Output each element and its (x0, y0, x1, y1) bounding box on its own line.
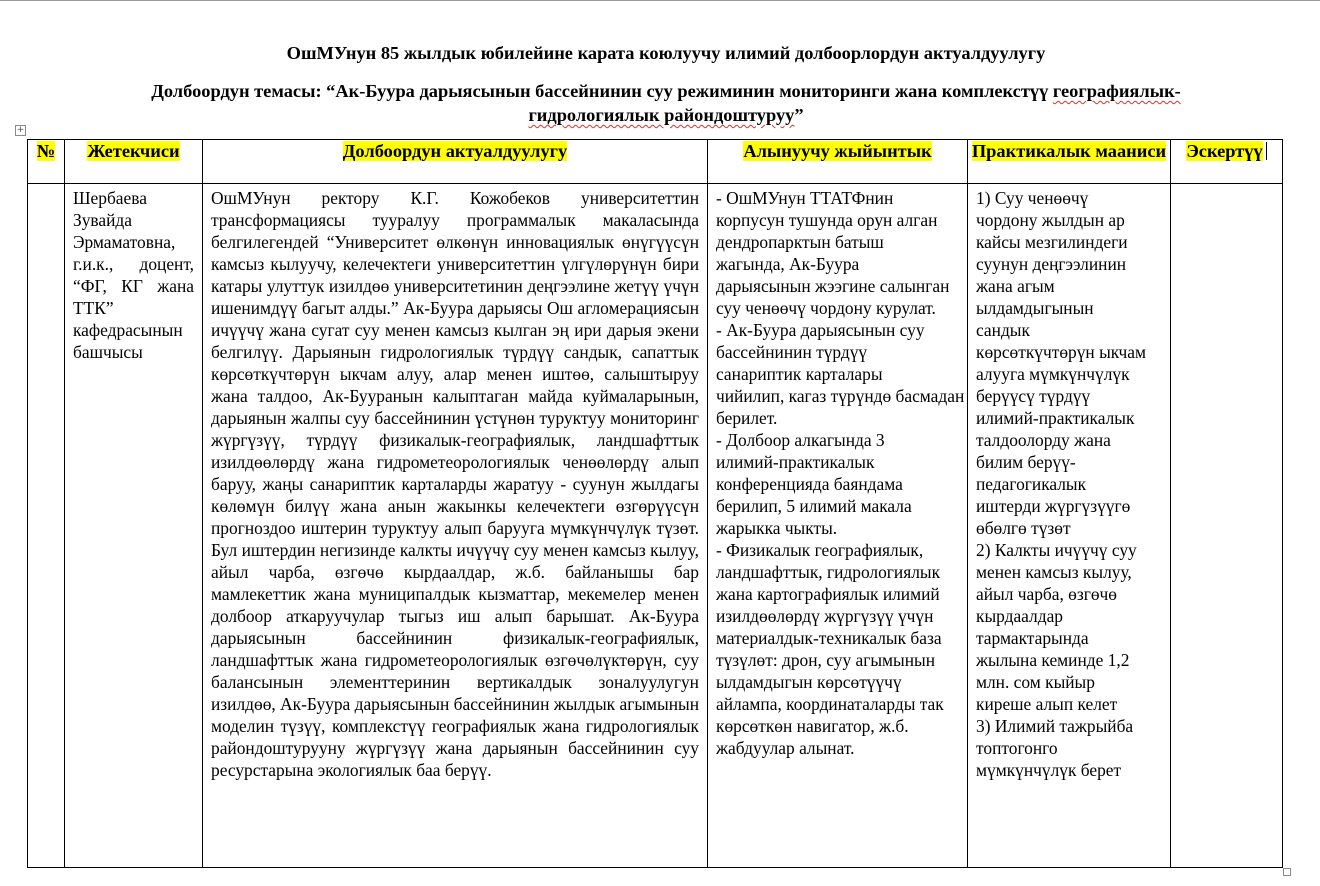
practical-line: суунун деңгээлинин (976, 253, 1170, 275)
cell-relevance[interactable]: ОшМУнун ректору К.Г. Кожобеков университ… (203, 184, 708, 868)
practical-line: 1) Суу ченөөчү (976, 187, 1170, 209)
results-line: жарыкка чыкты. (716, 517, 967, 539)
results-line: берилет. (716, 407, 967, 429)
project-topic: Долбоордун темасы: “Ак-Буура дарыясынын … (118, 79, 1214, 127)
practical-line: берүүсү түрдүү (976, 385, 1170, 407)
results-line: айлампа, координаталарды так (716, 693, 967, 715)
results-line: жабдуулар алынат. (716, 737, 967, 759)
practical-line: иштерди жүргүзүүгө (976, 495, 1170, 517)
practical-list: 1) Суу ченөөчүчордону жылдын аркайсы мез… (976, 187, 1170, 781)
practical-line: педагогикалык (976, 473, 1170, 495)
results-line: - Долбоор алкагында 3 (716, 429, 967, 451)
results-line: санариптик карталары (716, 363, 967, 385)
results-line: чийилип, кагаз түрүндө басмадан (716, 385, 967, 407)
results-line: - Ак-Буура дарыясынын суу (716, 319, 967, 341)
topic-spellcheck-word-2[interactable]: гидрологиялык райондоштуруу (528, 105, 794, 125)
results-line: илимий-практикалык (716, 451, 967, 473)
results-line: жагында, Ак-Буура (716, 253, 967, 275)
results-list: - ОшМУнун ТТАТФнинкорпусун тушунда орун … (716, 187, 967, 759)
results-line: конференцияда баяндама (716, 473, 967, 495)
results-line: - Физикалык географиялык, (716, 539, 967, 561)
header-number: № (28, 140, 65, 184)
header-relevance: Долбоордун актуалдуулугу (203, 140, 708, 184)
results-line: материалдык-техникалык база (716, 627, 967, 649)
results-line: суу ченөөчү чордону курулат. (716, 297, 967, 319)
practical-line: алууга мүмкүнчүлүк (976, 363, 1170, 385)
topic-spellcheck-word-1[interactable]: географиялык- (1053, 81, 1181, 101)
practical-line: менен камсыз кылуу, (976, 561, 1170, 583)
results-line: изилдөөлөрдү жүргүзүү үчүн (716, 605, 967, 627)
document-title: ОшМУнун 85 жылдык юбилейине карата коюлу… (0, 42, 1320, 64)
practical-line: тармактарында (976, 627, 1170, 649)
practical-line: айыл чарба, өзгөчө (976, 583, 1170, 605)
header-results: Алынуучу жыйынтык (708, 140, 968, 184)
table-resize-handle-icon[interactable] (1283, 868, 1291, 876)
results-line: көрсөткөн навигатор, ж.б. (716, 715, 967, 737)
page-top-border (0, 0, 1320, 1)
topic-suffix: ” (794, 105, 803, 125)
results-line: ылдамдыгын көрсөтүүчү (716, 671, 967, 693)
results-line: ландшафттык, гидрологиялык (716, 561, 967, 583)
practical-line: талдоолорду жана (976, 429, 1170, 451)
practical-line: 2) Калкты ичүүчү суу (976, 539, 1170, 561)
header-practical: Практикалык мааниси (968, 140, 1171, 184)
practical-line: киреше алып келет (976, 693, 1170, 715)
results-line: бассейнинин түрдүү (716, 341, 967, 363)
text-cursor (1266, 142, 1267, 160)
practical-line: млн. сом кыйыр (976, 671, 1170, 693)
results-line: түзүлөт: дрон, суу агымынын (716, 649, 967, 671)
projects-table: № Жетекчиси Долбоордун актуалдуулугу Алы… (27, 139, 1283, 868)
table-move-handle-icon[interactable]: + (15, 125, 26, 136)
results-line: дарыясынын жээгине салынган (716, 275, 967, 297)
results-line: дендропарктын батыш (716, 231, 967, 253)
table-row: Шербаева Зувайда Эрмаматовна, г.и.к., до… (28, 184, 1283, 868)
cell-number[interactable] (28, 184, 65, 868)
practical-line: кайсы мезгилиндеги (976, 231, 1170, 253)
header-notes: Эскертүү (1171, 140, 1283, 184)
practical-line: ылдамдыгынын (976, 297, 1170, 319)
practical-line: жылына кеминде 1,2 (976, 649, 1170, 671)
practical-line: 3) Илимий тажрыйба (976, 715, 1170, 737)
header-leader: Жетекчиси (65, 140, 203, 184)
cell-practical[interactable]: 1) Суу ченөөчүчордону жылдын аркайсы мез… (968, 184, 1171, 868)
cell-leader[interactable]: Шербаева Зувайда Эрмаматовна, г.и.к., до… (65, 184, 203, 868)
practical-line: билим берүү- (976, 451, 1170, 473)
practical-line: топтогонго (976, 737, 1170, 759)
topic-prefix: Долбоордун темасы: “Ак-Буура дарыясынын … (151, 81, 1053, 101)
practical-line: өбөлгө түзөт (976, 517, 1170, 539)
results-line: берилип, 5 илимий макала (716, 495, 967, 517)
cell-results[interactable]: - ОшМУнун ТТАТФнинкорпусун тушунда орун … (708, 184, 968, 868)
practical-line: чордону жылдын ар (976, 209, 1170, 231)
results-line: жана картографиялык илимий (716, 583, 967, 605)
results-line: корпусун тушунда орун алган (716, 209, 967, 231)
practical-line: жана агым (976, 275, 1170, 297)
practical-line: илимий-практикалык (976, 407, 1170, 429)
practical-line: сандык (976, 319, 1170, 341)
cell-notes[interactable] (1171, 184, 1283, 868)
results-line: - ОшМУнун ТТАТФнин (716, 187, 967, 209)
table-header-row: № Жетекчиси Долбоордун актуалдуулугу Алы… (28, 140, 1283, 184)
practical-line: мүмкүнчүлүк берет (976, 759, 1170, 781)
practical-line: көрсөткүчтөрүн ыкчам (976, 341, 1170, 363)
practical-line: кырдаалдар (976, 605, 1170, 627)
